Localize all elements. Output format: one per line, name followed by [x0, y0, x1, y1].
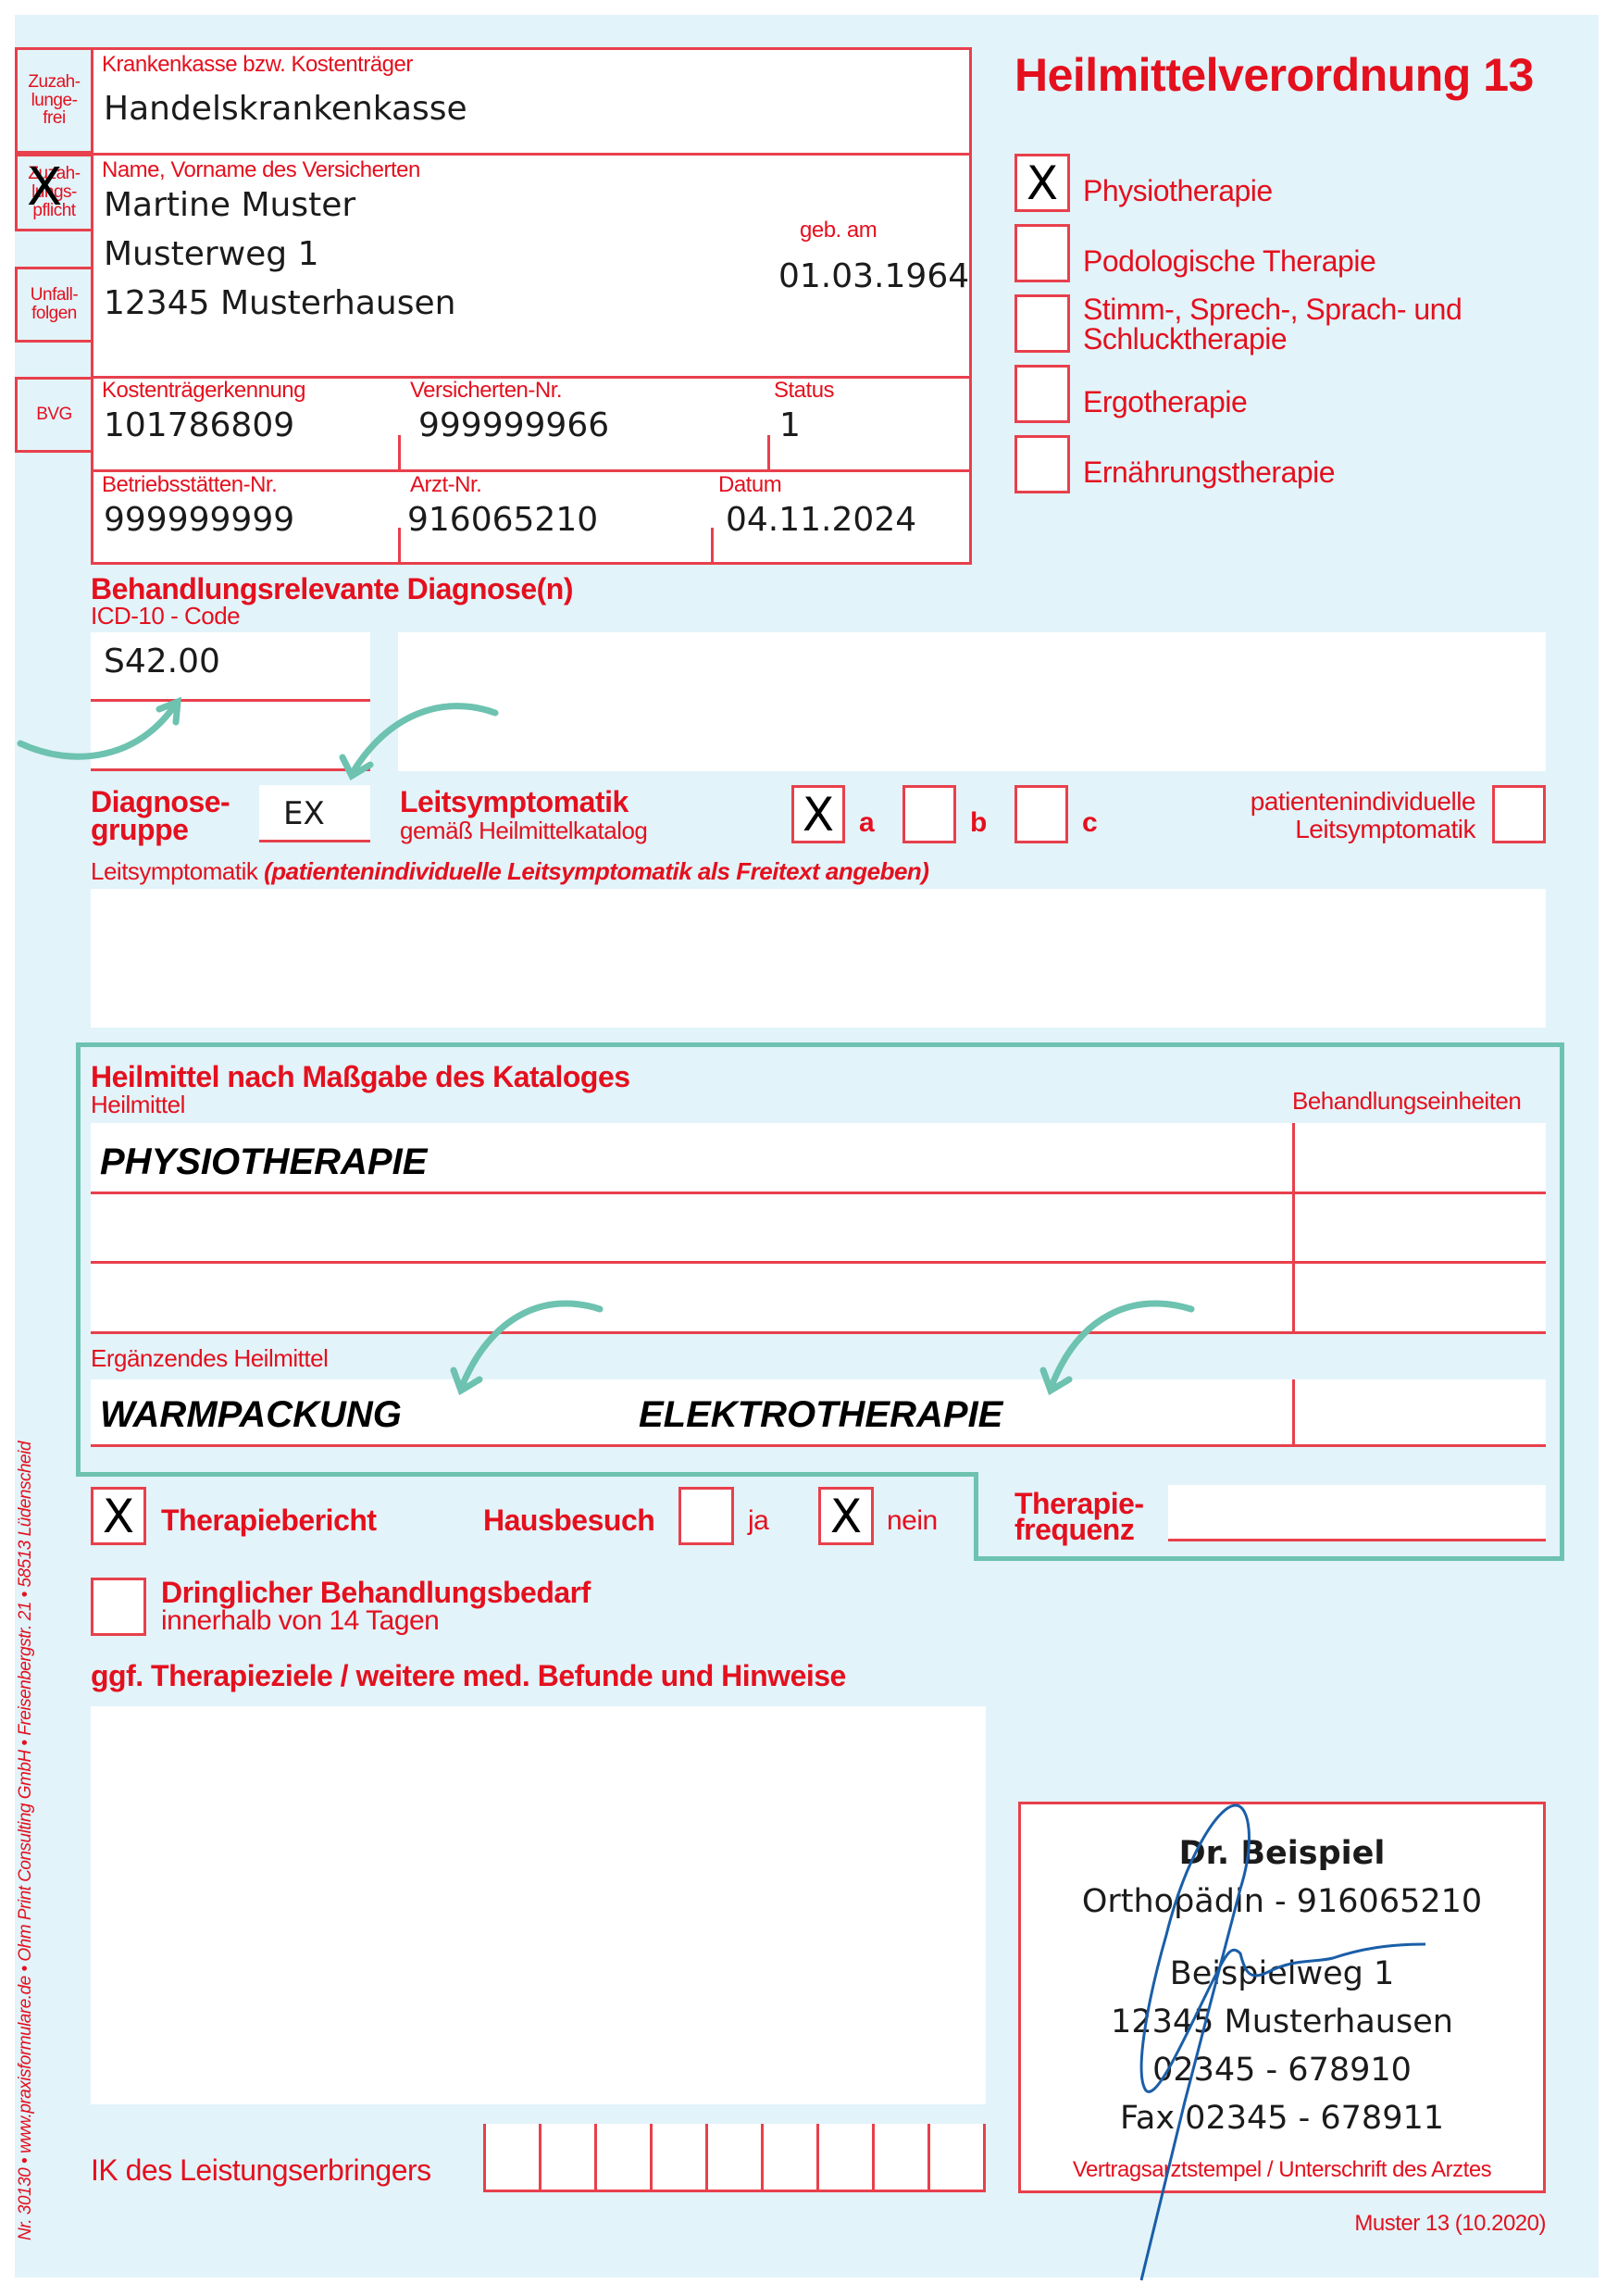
- form-id: Muster 13 (10.2020): [1354, 2213, 1546, 2235]
- annotation-arrows: [0, 0, 1618, 2296]
- arrow-icon: [1051, 1304, 1191, 1389]
- arrow-icon: [20, 704, 176, 756]
- arrow-icon: [461, 1304, 600, 1389]
